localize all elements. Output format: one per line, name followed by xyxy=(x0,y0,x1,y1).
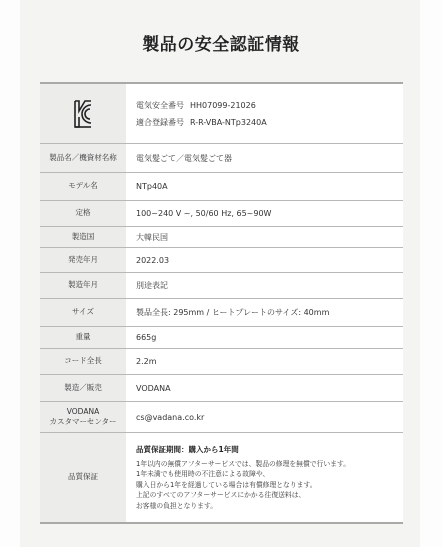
row-label: VODANA カスタマーセンター xyxy=(40,402,126,432)
electric-safety-number: 電気安全番号HH07099-21026 xyxy=(136,100,256,111)
conformity-label: 適合登録番号 xyxy=(136,118,184,127)
row-label: コード全長 xyxy=(40,349,126,374)
table-row: コード全長 2.2m xyxy=(40,349,403,375)
row-value: 665g xyxy=(126,327,403,348)
kc-row: 電気安全番号HH07099-21026 適合登録番号R-R-VBA-NTp324… xyxy=(40,84,403,144)
row-value: 100~240 V ~, 50/60 Hz, 65~90W xyxy=(126,201,403,226)
kc-certification-icon xyxy=(73,99,93,129)
row-value: 製品全長: 295mm / ヒートプレートのサイズ: 40mm xyxy=(126,299,403,326)
table-row: 発売年月 2022.03 xyxy=(40,248,403,273)
warranty-row: 品質保証 品質保証期間：購入から1年間 1年以内の無償アフターサービスでは、製品… xyxy=(40,433,403,522)
row-value: VODANA xyxy=(126,375,403,401)
customer-center-brand: VODANA xyxy=(67,407,99,417)
conformity-number: 適合登録番号R-R-VBA-NTp3240A xyxy=(136,117,267,128)
table-row: サイズ 製品全長: 295mm / ヒートプレートのサイズ: 40mm xyxy=(40,299,403,327)
row-label: 定格 xyxy=(40,201,126,226)
electric-safety-value: HH07099-21026 xyxy=(190,101,256,110)
row-label: 製造／販売 xyxy=(40,375,126,401)
warranty-line: お客様の負担となります。 xyxy=(136,501,217,512)
row-value: 別途表記 xyxy=(126,273,403,298)
row-label: モデル名 xyxy=(40,173,126,200)
warranty-label: 品質保証 xyxy=(40,433,126,522)
row-label: 重量 xyxy=(40,327,126,348)
table-row: 製造国 大韓民国 xyxy=(40,227,403,248)
warranty-details: 品質保証期間：購入から1年間 1年以内の無償アフターサービスでは、製品の修理を無… xyxy=(126,433,403,522)
row-value: 電気髪ごて／電気髪ごて器 xyxy=(126,144,403,172)
page-title: 製品の安全認証情報 xyxy=(0,30,442,55)
table-row: モデル名 NTp40A xyxy=(40,173,403,201)
customer-email: cs@vadana.co.kr xyxy=(126,402,403,432)
row-label: 製造国 xyxy=(40,227,126,247)
table-row: 定格 100~240 V ~, 50/60 Hz, 65~90W xyxy=(40,201,403,227)
row-label: 製品名／機資材名称 xyxy=(40,144,126,172)
row-label: 発売年月 xyxy=(40,248,126,272)
kc-numbers: 電気安全番号HH07099-21026 適合登録番号R-R-VBA-NTp324… xyxy=(126,84,403,143)
table-row: 製造年月 別途表記 xyxy=(40,273,403,299)
table-row: VODANA カスタマーセンター cs@vadana.co.kr xyxy=(40,402,403,433)
electric-safety-label: 電気安全番号 xyxy=(136,101,184,110)
warranty-line: 1年未満でも使用時の不注意による故障や、 xyxy=(136,469,269,480)
certification-table: 電気安全番号HH07099-21026 適合登録番号R-R-VBA-NTp324… xyxy=(40,82,403,524)
table-row: 重量 665g xyxy=(40,327,403,349)
kc-mark-cell xyxy=(40,84,126,143)
row-value: 2022.03 xyxy=(126,248,403,272)
warranty-line: 購入日から1年を経過している場合は有償修理となります。 xyxy=(136,480,317,491)
warranty-heading: 品質保証期間：購入から1年間 xyxy=(136,444,239,455)
warranty-line: 上記のすべてのアフターサービスにかかる往復送料は、 xyxy=(136,490,305,501)
row-label: 製造年月 xyxy=(40,273,126,298)
row-value: NTp40A xyxy=(126,173,403,200)
row-label: サイズ xyxy=(40,299,126,326)
table-row: 製品名／機資材名称 電気髪ごて／電気髪ごて器 xyxy=(40,144,403,173)
conformity-value: R-R-VBA-NTp3240A xyxy=(190,118,267,127)
customer-center-label: カスタマーセンター xyxy=(49,417,116,427)
table-row: 製造／販売 VODANA xyxy=(40,375,403,402)
warranty-line: 1年以内の無償アフターサービスでは、製品の修理を無償で行います。 xyxy=(136,459,350,470)
row-value: 大韓民国 xyxy=(126,227,403,247)
row-value: 2.2m xyxy=(126,349,403,374)
